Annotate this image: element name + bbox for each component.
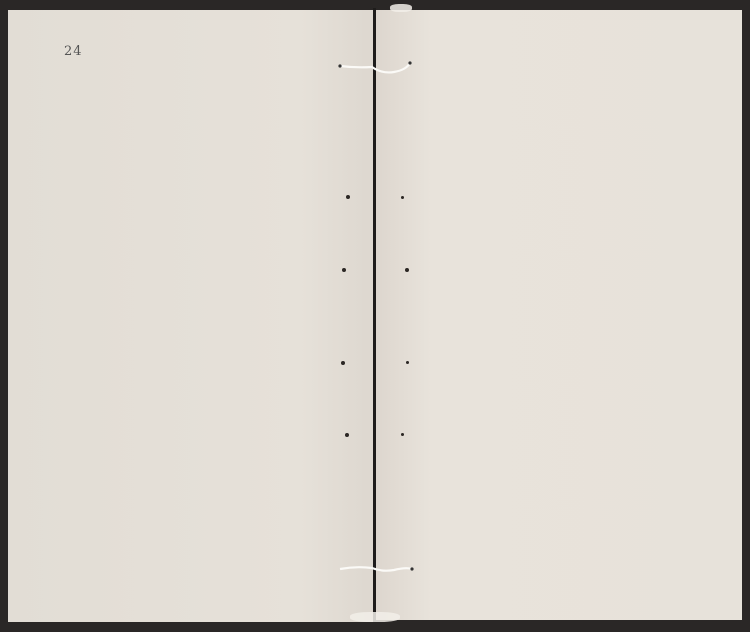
book-gutter	[373, 8, 376, 622]
left-page	[8, 10, 374, 622]
sewing-hole	[345, 433, 349, 437]
sewing-hole	[341, 361, 345, 365]
sewing-hole	[401, 196, 404, 199]
right-page	[376, 10, 742, 620]
top-binding-thread-icon	[336, 58, 416, 80]
page-number: 24	[64, 44, 83, 59]
torn-paper-top	[390, 4, 412, 12]
sewing-hole	[406, 361, 409, 364]
torn-paper-bottom	[350, 612, 400, 622]
sewing-hole	[342, 268, 346, 272]
sewing-hole	[401, 433, 404, 436]
sewing-hole	[405, 268, 409, 272]
bottom-binding-thread-icon	[336, 560, 416, 582]
sewing-hole	[346, 195, 350, 199]
